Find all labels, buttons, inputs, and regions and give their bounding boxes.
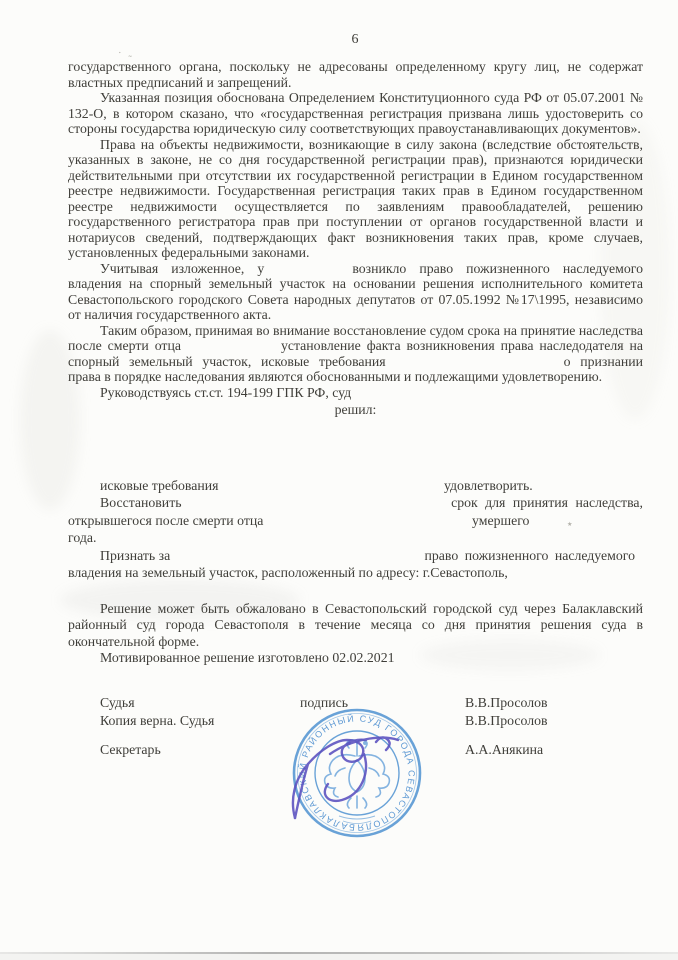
secretary-name: А.А.Анякина — [465, 742, 543, 758]
judge-name: В.В.Просолов — [465, 695, 548, 711]
copy-certified-label: Копия верна. Судья — [100, 713, 214, 729]
judge-signature — [268, 688, 468, 848]
scanned-court-document-page: ·˷ 6 государственного органа, поскольку … — [0, 0, 678, 960]
judge-label: Судья — [100, 695, 135, 711]
judge-name: В.В.Просолов — [465, 713, 548, 729]
secretary-label: Секретарь — [100, 742, 161, 758]
scanner-background — [0, 954, 678, 960]
